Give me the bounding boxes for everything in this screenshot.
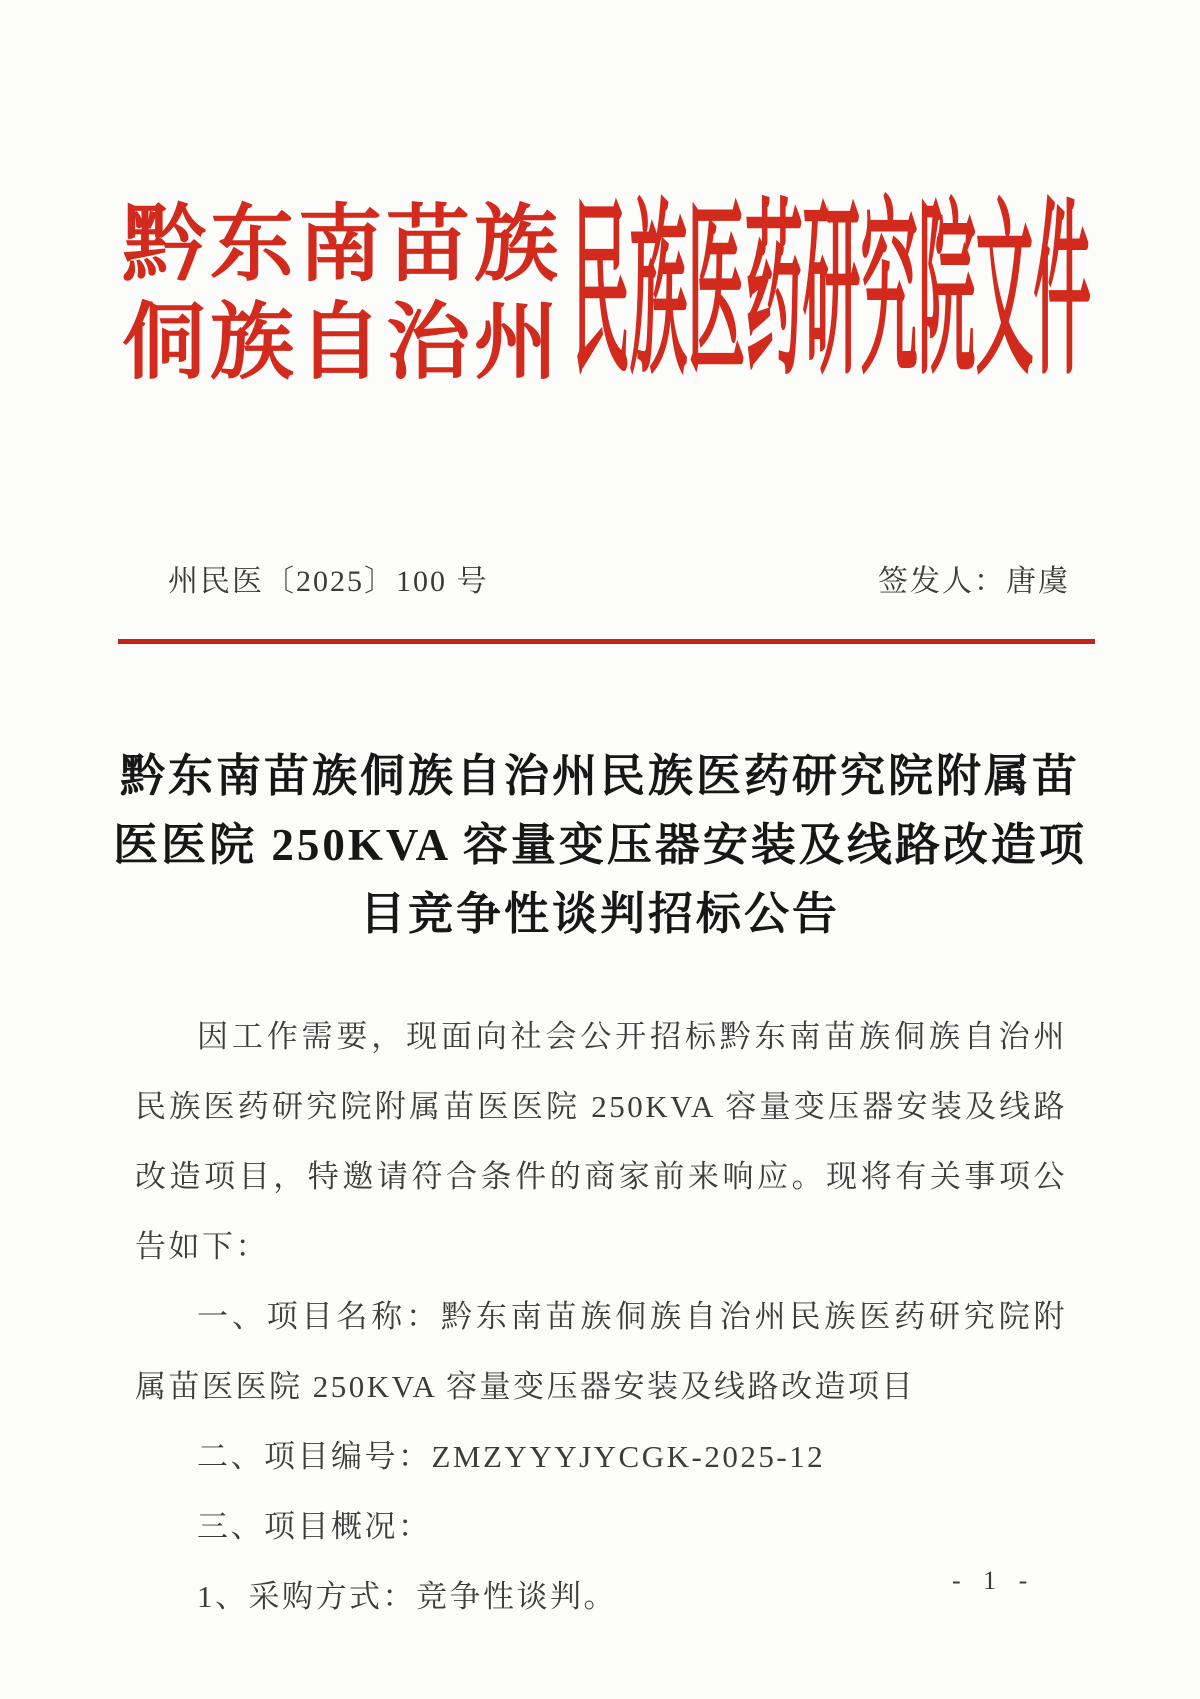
- red-divider-rule: [118, 639, 1095, 644]
- org-name-left-block: 黔东南苗族 侗族自治州: [122, 199, 562, 391]
- org-name-line1: 黔东南苗族: [122, 199, 562, 293]
- body-paragraph-project-number: 二、项目编号：ZMZYYYJYCGK-2025-12: [135, 1422, 1067, 1492]
- body-paragraph-procurement-method: 1、采购方式：竞争性谈判。: [135, 1562, 1067, 1632]
- document-title: 黔东南苗族侗族自治州民族医药研究院附属苗 医医院 250KVA 容量变压器安装及…: [0, 742, 1200, 949]
- document-body: 因工作需要，现面向社会公开招标黔东南苗族侗族自治州民族医药研究院附属苗医医院 2…: [135, 1002, 1067, 1632]
- org-name-line2: 侗族自治州: [122, 297, 562, 391]
- document-title-line3: 目竞争性谈判招标公告: [0, 880, 1200, 949]
- document-title-line1: 黔东南苗族侗族自治州民族医药研究院附属苗: [0, 742, 1200, 811]
- issuer: 签发人：唐虞: [878, 560, 1070, 604]
- document-number-row: 州民医〔2025〕100 号 签发人：唐虞: [168, 560, 1070, 604]
- official-document-page: 黔东南苗族 侗族自治州 民族医药研究院文件 州民医〔2025〕100 号 签发人…: [0, 0, 1200, 1699]
- page-number: - 1 -: [952, 1566, 1035, 1596]
- body-paragraph-intro: 因工作需要，现面向社会公开招标黔东南苗族侗族自治州民族医药研究院附属苗医医院 2…: [135, 1002, 1067, 1282]
- org-name-right-block: 民族医药研究院文件: [572, 200, 1091, 389]
- body-paragraph-project-overview: 三、项目概况：: [135, 1492, 1067, 1562]
- document-title-line2: 医医院 250KVA 容量变压器安装及线路改造项: [0, 811, 1200, 880]
- red-letterhead: 黔东南苗族 侗族自治州 民族医药研究院文件: [122, 196, 1130, 394]
- document-number: 州民医〔2025〕100 号: [168, 560, 489, 604]
- body-paragraph-project-name: 一、项目名称：黔东南苗族侗族自治州民族医药研究院附属苗医医院 250KVA 容量…: [135, 1282, 1067, 1422]
